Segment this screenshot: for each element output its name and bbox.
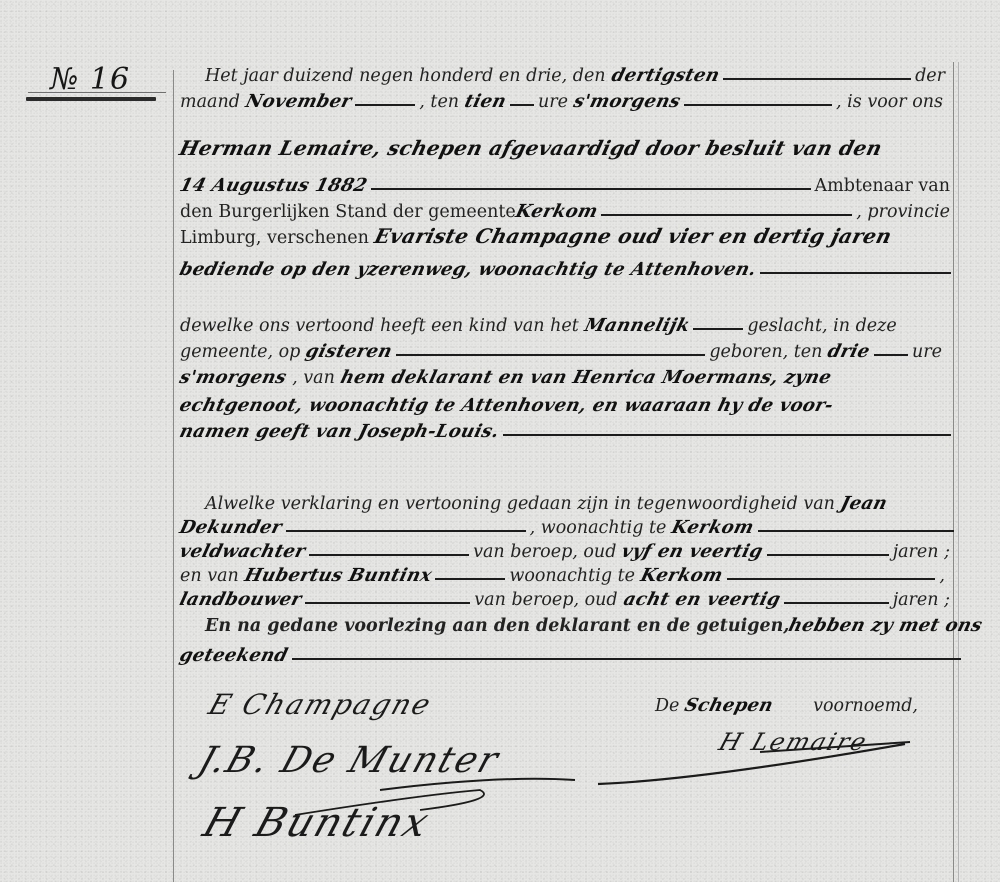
signature-flourishes bbox=[0, 0, 1000, 882]
